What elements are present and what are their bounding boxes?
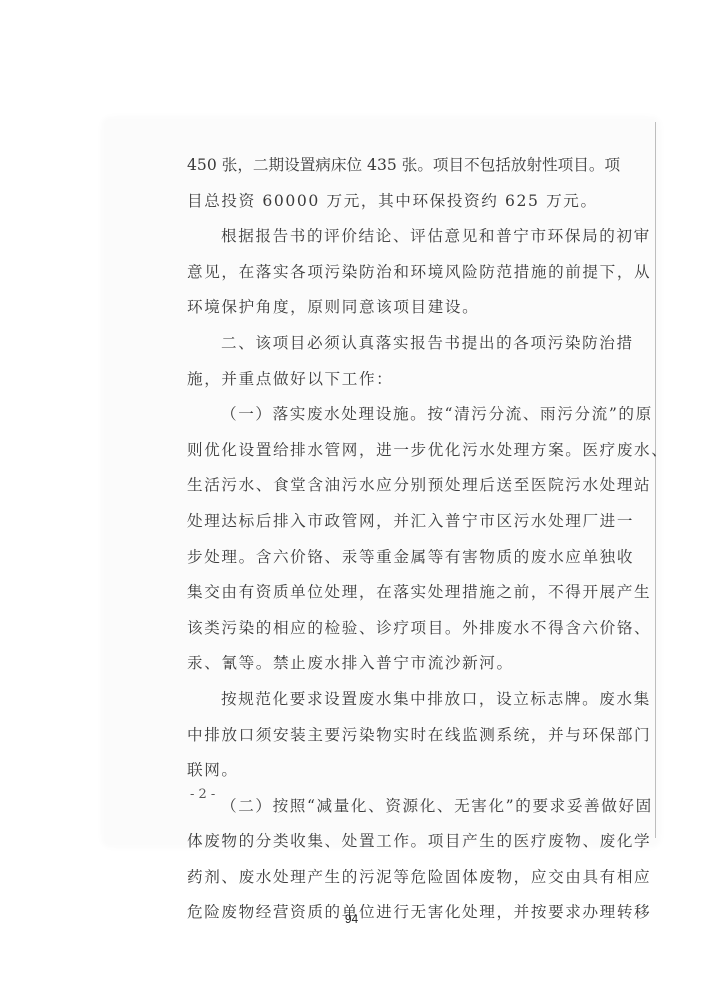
text-line: 中排放口须安装主要污染物实时在线监测系统，并与环保部门	[187, 718, 577, 754]
text-line: 处理达标后排入市政管网，并汇入普宁市区污水处理厂进一	[187, 504, 577, 540]
text-line: 意见，在落实各项污染防治和环境风险防范措施的前提下，从	[187, 255, 577, 291]
text-line: 环境保护角度，原则同意该项目建设。	[187, 290, 577, 326]
text-line: （一）落实废水处理设施。按“清污分流、雨污分流”的原	[187, 397, 577, 433]
scan-edge-line	[655, 122, 656, 838]
text-line: 药剂、废水处理产生的污泥等危险固体废物，应交由具有相应	[187, 860, 577, 896]
text-line: 集交由有资质单位处理，在落实处理措施之前，不得开展产生	[187, 575, 577, 611]
text-line: 目总投资 60000 万元，其中环保投资约 625 万元。	[187, 184, 577, 220]
text-line: 按规范化要求设置废水集中排放口，设立标志牌。废水集	[187, 682, 577, 718]
text-line: 汞、氰等。禁止废水排入普宁市流沙新河。	[187, 646, 577, 682]
text-line: 该类污染的相应的检验、诊疗项目。外排废水不得含六价铬、	[187, 611, 577, 647]
text-line: （二）按照“减量化、资源化、无害化”的要求妥善做好固	[187, 789, 577, 825]
page-number: 94	[0, 912, 703, 926]
document-body: 450 张，二期设置病床位 435 张。项目不包括放射性项目。项 目总投资 60…	[187, 148, 577, 931]
text-line: 生活污水、食堂含油污水应分别预处理后送至医院污水处理站	[187, 468, 577, 504]
text-line: 体废物的分类收集、处置工作。项目产生的医疗废物、废化学	[187, 824, 577, 860]
text-line: 施，并重点做好以下工作：	[187, 362, 577, 398]
text-line: 根据报告书的评价结论、评估意见和普宁市环保局的初审	[187, 219, 577, 255]
text-line: 步处理。含六价铬、汞等重金属等有害物质的废水应单独收	[187, 540, 577, 576]
scan-folio: - 2 -	[190, 787, 215, 802]
text-line: 二、该项目必须认真落实报告书提出的各项污染防治措	[187, 326, 577, 362]
text-line: 450 张，二期设置病床位 435 张。项目不包括放射性项目。项	[187, 148, 577, 184]
text-line: 联网。	[187, 753, 577, 789]
text-line: 则优化设置给排水管网，进一步优化污水处理方案。医疗废水、	[187, 433, 577, 469]
